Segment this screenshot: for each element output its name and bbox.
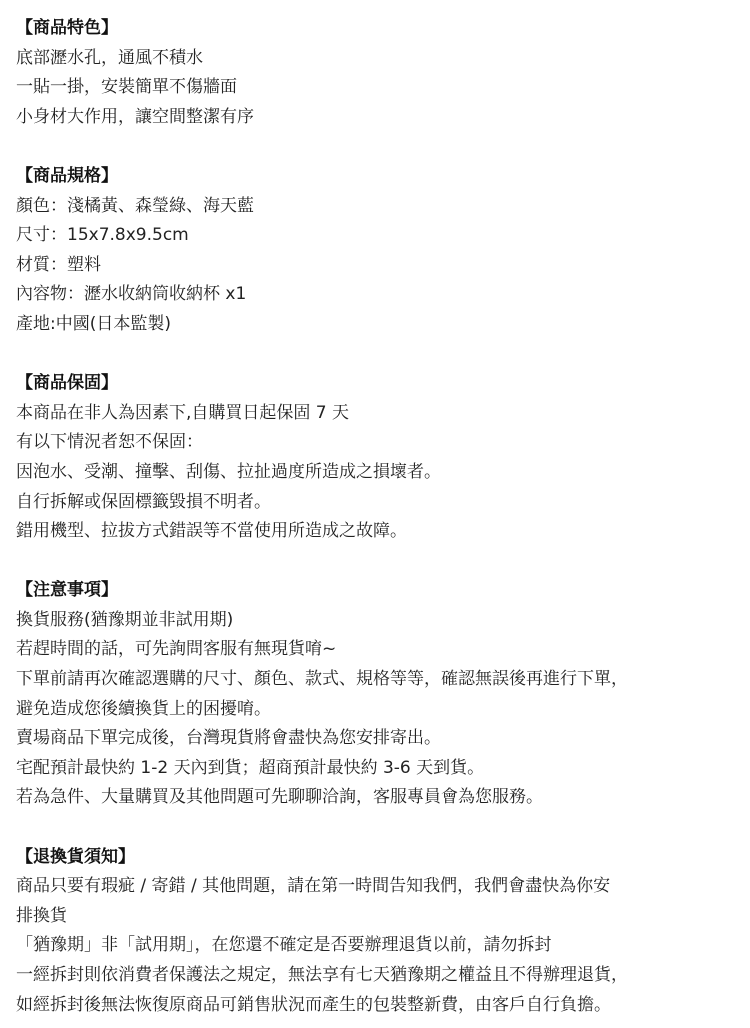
- text-line: 材質：塑料: [16, 251, 750, 281]
- section-heading: 【商品特色】: [16, 14, 750, 44]
- text-line: 一貼一掛，安裝簡單不傷牆面: [16, 73, 750, 103]
- section-warranty: 【商品保固】 本商品在非人為因素下,自購買日起保固 7 天 有以下情況者恕不保固…: [16, 369, 750, 547]
- text-line: 因泡水、受潮、撞擊、刮傷、拉扯過度所造成之損壞者。: [16, 458, 750, 488]
- text-line: 自行拆解或保固標籤毀損不明者。: [16, 488, 750, 518]
- text-line: 排換貨: [16, 902, 750, 932]
- text-line: 顏色：淺橘黃、森瑩綠、海天藍: [16, 192, 750, 222]
- section-heading: 【商品保固】: [16, 369, 750, 399]
- text-line: 本商品在非人為因素下,自購買日起保固 7 天: [16, 399, 750, 429]
- section-notes: 【注意事項】 換貨服務(猶豫期並非試用期) 若趕時間的話，可先詢問客服有無現貨唷…: [16, 576, 750, 813]
- text-line: 商品只要有瑕疵 / 寄錯 / 其他問題，請在第一時間告知我們，我們會盡快為你安: [16, 872, 750, 902]
- section-heading: 【商品規格】: [16, 162, 750, 192]
- section-specifications: 【商品規格】 顏色：淺橘黃、森瑩綠、海天藍 尺寸：15x7.8x9.5cm 材質…: [16, 162, 750, 340]
- text-line: 一經拆封則依消費者保護法之規定，無法享有七天猶豫期之權益且不得辦理退貨，: [16, 961, 750, 991]
- text-line: 錯用機型、拉拔方式錯誤等不當使用所造成之故障。: [16, 517, 750, 547]
- text-line: 小身材大作用，讓空間整潔有序: [16, 103, 750, 133]
- section-returns: 【退換貨須知】 商品只要有瑕疵 / 寄錯 / 其他問題，請在第一時間告知我們，我…: [16, 843, 750, 1021]
- text-line: 尺寸：15x7.8x9.5cm: [16, 221, 750, 251]
- text-line: 賣場商品下單完成後，台灣現貨將會盡快為您安排寄出。: [16, 724, 750, 754]
- text-line: 若趕時間的話，可先詢問客服有無現貨唷~: [16, 635, 750, 665]
- text-line: 下單前請再次確認選購的尺寸、顏色、款式、規格等等，確認無誤後再進行下單，: [16, 665, 750, 695]
- section-features: 【商品特色】 底部瀝水孔，通風不積水 一貼一掛，安裝簡單不傷牆面 小身材大作用，…: [16, 14, 750, 132]
- text-line: 宅配預計最快約 1-2 天內到貨；超商預計最快約 3-6 天到貨。: [16, 754, 750, 784]
- text-line: 產地:中國(日本監製): [16, 310, 750, 340]
- text-line: 有以下情況者恕不保固：: [16, 428, 750, 458]
- text-line: 如經拆封後無法恢復原商品可銷售狀況而產生的包裝整新費，由客戶自行負擔。: [16, 991, 750, 1021]
- product-description: 【商品特色】 底部瀝水孔，通風不積水 一貼一掛，安裝簡單不傷牆面 小身材大作用，…: [0, 0, 750, 1020]
- text-line: 內容物：瀝水收納筒收納杯 x1: [16, 280, 750, 310]
- text-line: 若為急件、大量購買及其他問題可先聊聊洽詢，客服專員會為您服務。: [16, 783, 750, 813]
- text-line: 換貨服務(猶豫期並非試用期): [16, 606, 750, 636]
- section-heading: 【退換貨須知】: [16, 843, 750, 873]
- section-heading: 【注意事項】: [16, 576, 750, 606]
- text-line: 「猶豫期」非「試用期」，在您還不確定是否要辦理退貨以前，請勿拆封: [16, 931, 750, 961]
- text-line: 避免造成您後續換貨上的困擾唷。: [16, 695, 750, 725]
- text-line: 底部瀝水孔，通風不積水: [16, 44, 750, 74]
